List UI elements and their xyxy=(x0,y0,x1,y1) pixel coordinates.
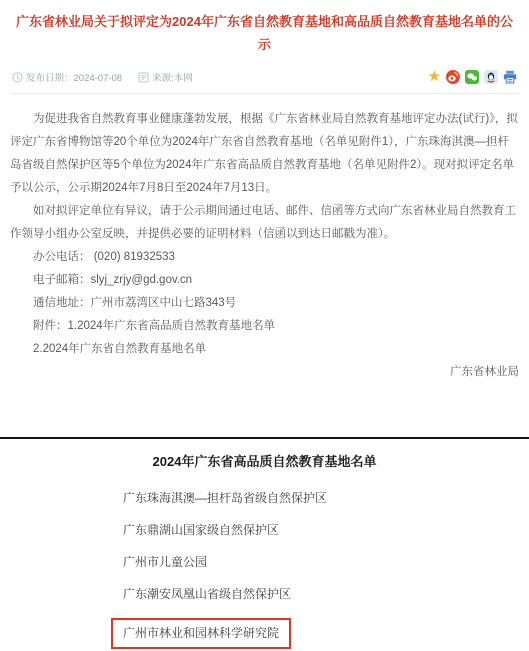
list-item: 广东鼎湖山国家级自然保护区 xyxy=(123,522,529,539)
list-item: 广东珠海淇澳—担杆岛省级自然保护区 xyxy=(123,490,529,507)
contact-phone: 办公电话： (020) 81932533 xyxy=(10,246,519,269)
contact-email: 电子邮箱：slyj_zrjy@gd.gov.cn xyxy=(10,269,519,292)
publish-date-label: 发布日期：2024-07-08 xyxy=(26,70,122,84)
attachment-doc-title: 2024年广东省高品质自然教育基地名单 xyxy=(0,451,529,470)
wechat-icon[interactable] xyxy=(465,70,479,84)
print-icon[interactable] xyxy=(503,70,517,84)
list-item: 广东潮安凤凰山省级自然保护区 xyxy=(123,586,529,603)
qq-icon[interactable] xyxy=(484,70,498,84)
attachment-line-1: 附件：1.2024年广东省高品质自然教育基地名单 xyxy=(10,315,519,338)
announcement-section: 广东省林业局关于拟评定为2024年广东省自然教育基地和高品质自然教育基地名单的公… xyxy=(0,0,529,437)
issuer-signature: 广东省林业局 xyxy=(10,361,519,384)
meta-bar: 发布日期：2024-07-08 来源:本网 ★ xyxy=(10,66,519,94)
attachment-document-preview: 2024年广东省高品质自然教育基地名单 广东珠海淇澳—担杆岛省级自然保护区 广东… xyxy=(0,437,529,649)
list-item: 广州市儿童公园 xyxy=(123,554,529,571)
meta-info: 发布日期：2024-07-08 来源:本网 xyxy=(12,70,193,84)
attachment-line-2: 2.2024年广东省自然教育基地名单 xyxy=(10,338,519,361)
base-list: 广东珠海淇澳—担杆岛省级自然保护区 广东鼎湖山国家级自然保护区 广州市儿童公园 … xyxy=(0,490,529,649)
share-bar: ★ xyxy=(428,70,517,84)
paragraph-objection: 如对拟评定单位有异议，请于公示期间通过电话、邮件、信函等方式向广东省林业局自然教… xyxy=(10,200,519,246)
weibo-icon[interactable] xyxy=(446,70,460,84)
paragraph-intro: 为促进我省自然教育事业健康蓬勃发展，根据《广东省林业局自然教育基地评定办法(试行… xyxy=(10,108,519,200)
contact-address: 通信地址：广州市荔湾区中山七路343号 xyxy=(10,292,519,315)
announcement-body: 为促进我省自然教育事业健康蓬勃发展，根据《广东省林业局自然教育基地评定办法(试行… xyxy=(10,108,519,384)
source-label: 来源:本网 xyxy=(152,70,193,84)
document-icon xyxy=(138,72,149,83)
list-item-highlighted: 广州市林业和园林科学研究院 xyxy=(111,618,291,649)
favorite-star-icon[interactable]: ★ xyxy=(428,70,441,84)
page-title: 广东省林业局关于拟评定为2024年广东省自然教育基地和高品质自然教育基地名单的公… xyxy=(16,10,513,56)
publish-date: 发布日期：2024-07-08 xyxy=(12,70,122,84)
source: 来源:本网 xyxy=(138,70,193,84)
clock-icon xyxy=(12,72,23,83)
